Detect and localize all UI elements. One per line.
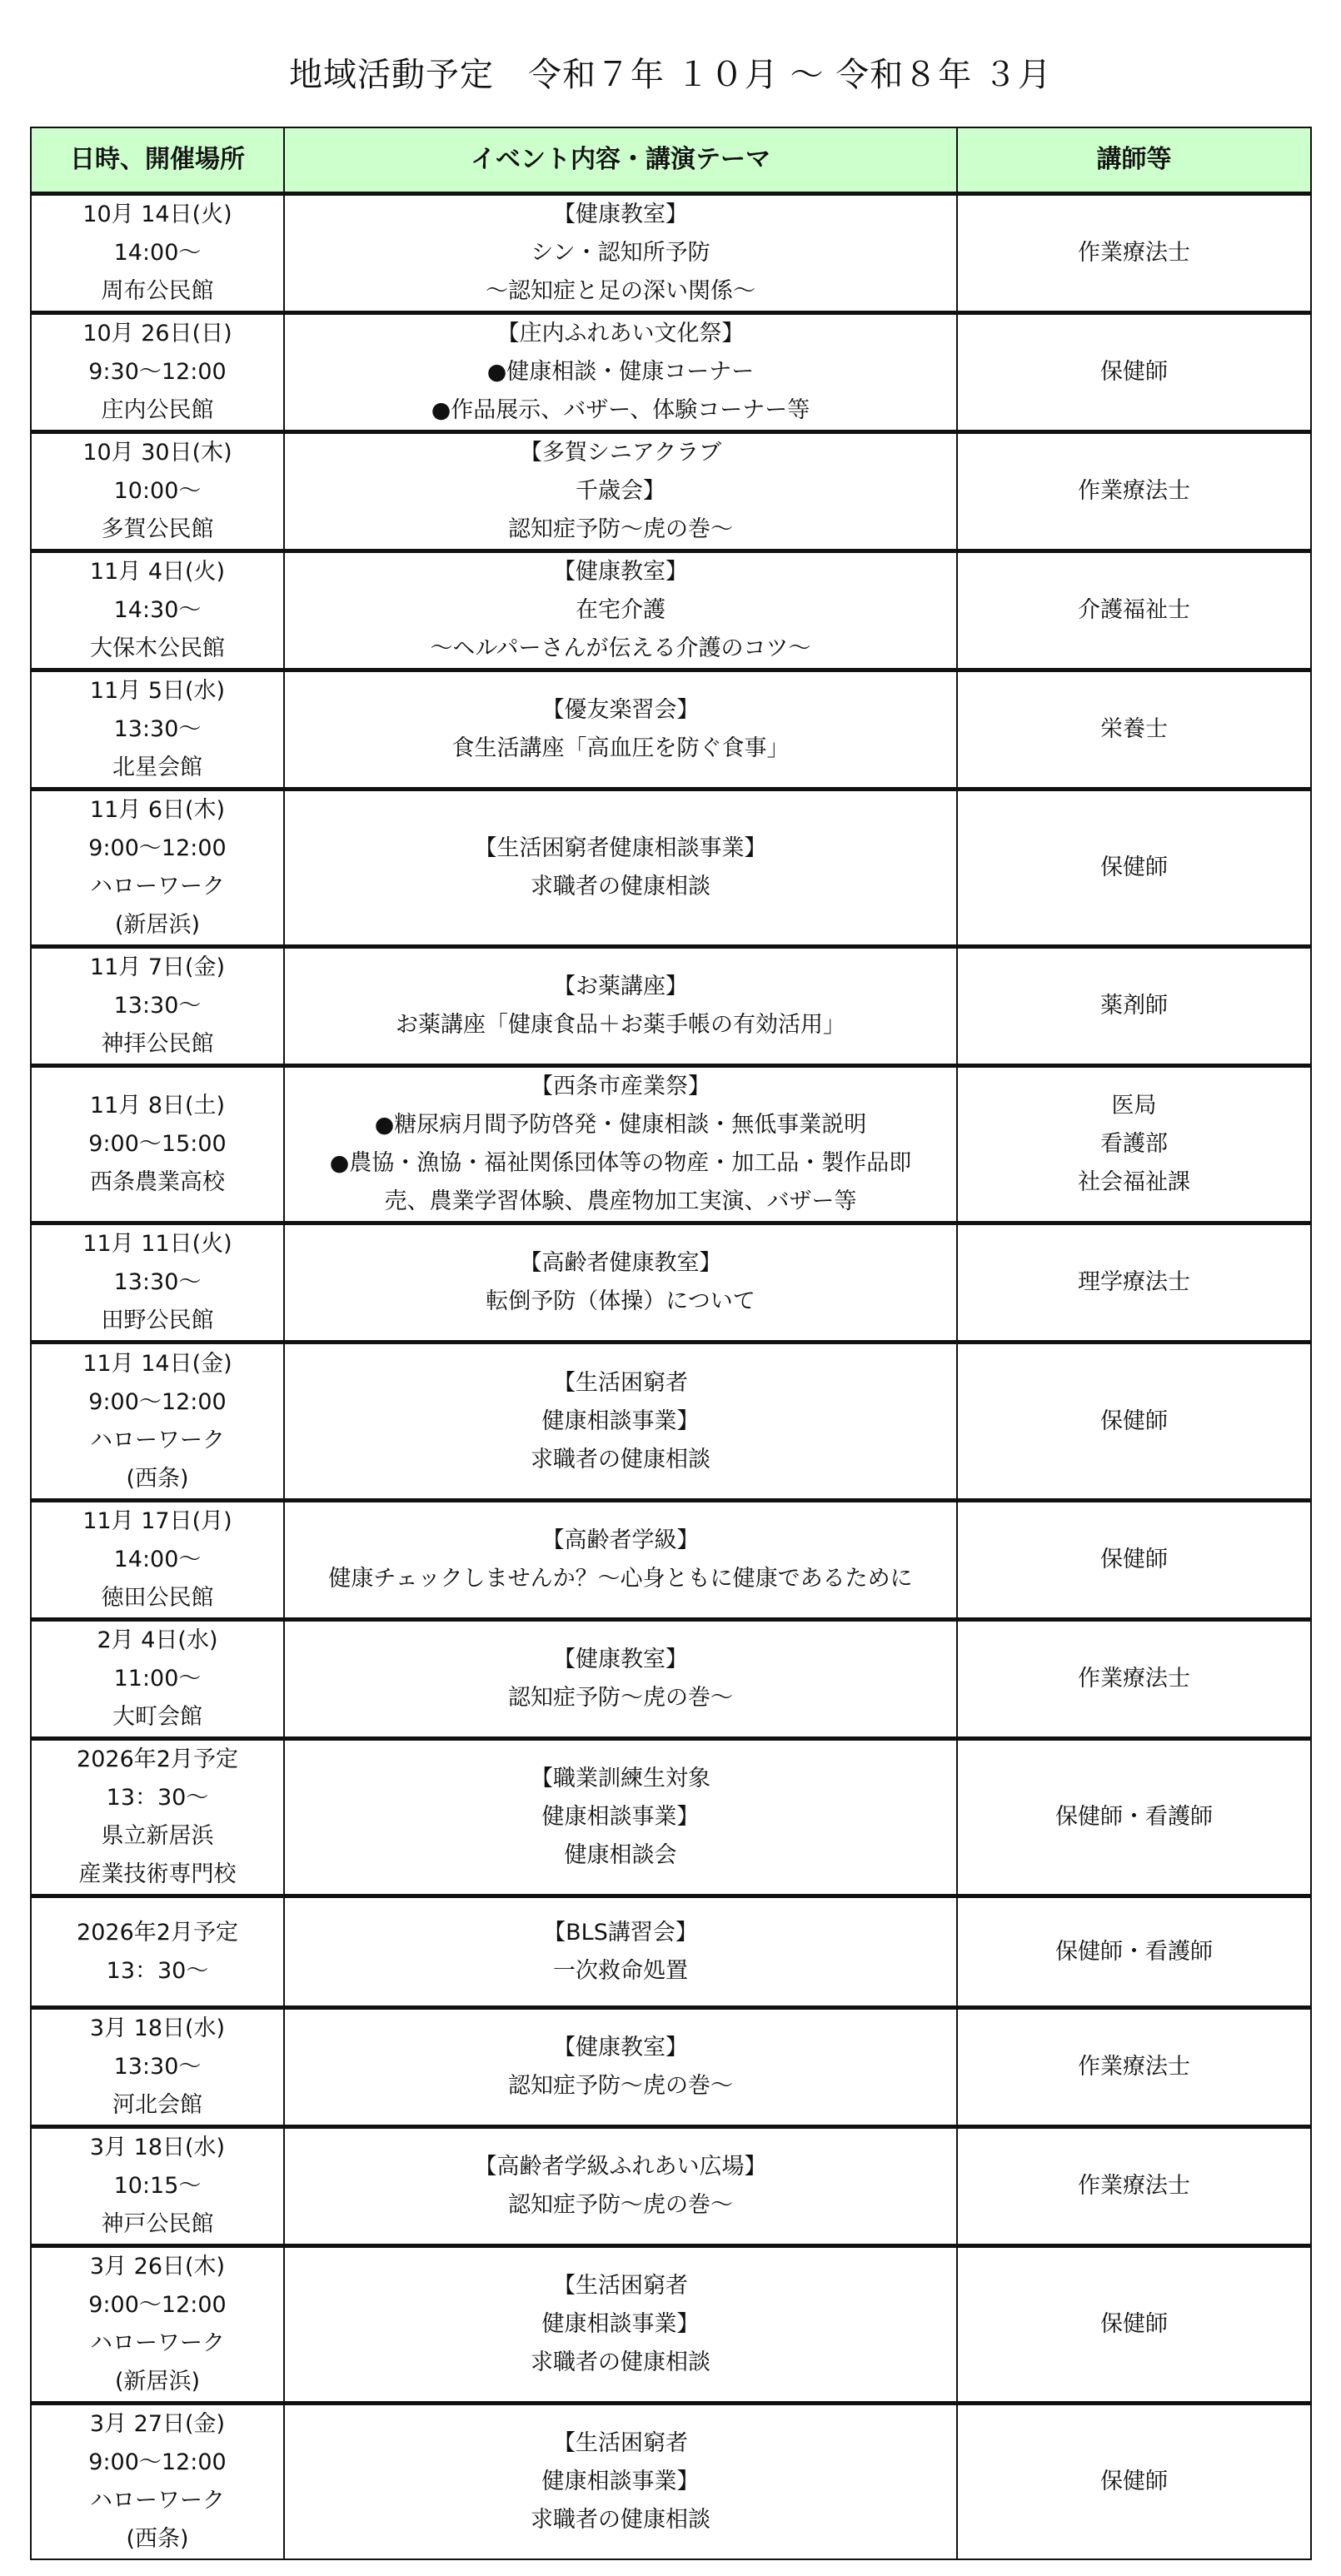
cell-lecturer-line: 保健師	[958, 849, 1310, 887]
cell-datetime-venue-line: 神拝公民館	[32, 1025, 283, 1064]
cell-datetime-venue: 3月 27日(金)9:00～12:00ハローワーク(西条)	[31, 2404, 284, 2560]
cell-lecturer-line: 社会福祉課	[958, 1163, 1310, 1202]
table-row: 3月 18日(水)10:15～神戸公民館【高齢者学級ふれあい広場】認知症予防～虎…	[31, 2127, 1311, 2246]
cell-event-theme-line: 千歳会】	[285, 472, 956, 511]
cell-event-theme-line: 認知症予防～虎の巻～	[285, 2186, 956, 2225]
cell-event-theme-line: 【生活困窮者	[285, 2267, 956, 2305]
cell-datetime-venue-line: 産業技術専門校	[32, 1856, 283, 1894]
cell-datetime-venue-line: (新居浜)	[32, 2363, 283, 2401]
cell-event-theme-line: 食生活講座「高血圧を防ぐ食事」	[285, 730, 956, 768]
cell-datetime-venue-line: 10:00～	[32, 472, 283, 511]
cell-datetime-venue-line: 14:00～	[32, 1541, 283, 1579]
cell-datetime-venue-line: 9:00～12:00	[32, 2286, 283, 2324]
cell-event-theme-line: 【健康教室】	[285, 2029, 956, 2067]
cell-event-theme: 【生活困窮者健康相談事業】求職者の健康相談	[284, 2246, 957, 2404]
cell-datetime-venue-line: 11月 7日(金)	[32, 949, 283, 987]
cell-event-theme: 【健康教室】認知症予防～虎の巻～	[284, 2008, 957, 2127]
cell-datetime-venue: 11月 8日(土)9:00～15:00西条農業高校	[31, 1066, 284, 1223]
cell-datetime-venue-line: 多賀公民館	[32, 511, 283, 549]
cell-lecturer-line: 作業療法士	[958, 472, 1310, 511]
cell-event-theme-line: 【西条市産業祭】	[285, 1068, 956, 1106]
cell-lecturer: 保健師	[957, 790, 1311, 947]
column-header-event-theme: イベント内容・講演テーマ	[284, 127, 957, 194]
cell-lecturer: 作業療法士	[957, 194, 1311, 313]
cell-datetime-venue: 11月 5日(水)13:30～北星会館	[31, 670, 284, 790]
cell-datetime-venue-line: 大保木公民館	[32, 630, 283, 668]
cell-datetime-venue-line: 3月 26日(木)	[32, 2248, 283, 2286]
cell-datetime-venue-line: 11月 14日(金)	[32, 1345, 283, 1383]
cell-event-theme: 【多賀シニアクラブ千歳会】認知症予防～虎の巻～	[284, 432, 957, 551]
cell-datetime-venue: 11月 11日(火)13:30～田野公民館	[31, 1223, 284, 1343]
cell-lecturer-line: 保健師	[958, 2463, 1310, 2501]
cell-datetime-venue-line: 西条農業高校	[32, 1163, 283, 1202]
cell-datetime-venue-line: 13:30～	[32, 2048, 283, 2086]
table-row: 11月 7日(金)13:30～神拝公民館【お薬講座】お薬講座「健康食品＋お薬手帳…	[31, 947, 1311, 1066]
cell-datetime-venue-line: 9:00～12:00	[32, 1383, 283, 1422]
cell-lecturer: 保健師	[957, 1343, 1311, 1501]
cell-lecturer-line: 保健師・看護師	[958, 1933, 1310, 1971]
cell-datetime-venue: 3月 18日(水)10:15～神戸公民館	[31, 2127, 284, 2246]
cell-lecturer-line: 保健師	[958, 353, 1310, 391]
table-row: 3月 26日(木)9:00～12:00ハローワーク(新居浜)【生活困窮者健康相談…	[31, 2246, 1311, 2404]
table-row: 2026年2月予定13：30～県立新居浜産業技術専門校【職業訓練生対象健康相談事…	[31, 1739, 1311, 1896]
cell-lecturer-line: 作業療法士	[958, 2167, 1310, 2205]
cell-event-theme-line: 求職者の健康相談	[285, 2344, 956, 2382]
cell-datetime-venue-line: 13：30～	[32, 1952, 283, 1991]
cell-datetime-venue-line: ハローワーク	[32, 2324, 283, 2363]
cell-event-theme-line: 求職者の健康相談	[285, 1441, 956, 1479]
cell-lecturer-line: 薬剤師	[958, 987, 1310, 1025]
column-header-datetime-venue: 日時、開催場所	[31, 127, 284, 194]
cell-lecturer-line: 保健師	[958, 1541, 1310, 1579]
cell-event-theme-line: 転倒予防（体操）について	[285, 1283, 956, 1321]
cell-datetime-venue: 11月 4日(火)14:30～大保木公民館	[31, 551, 284, 670]
cell-event-theme-line: 【生活困窮者	[285, 2424, 956, 2463]
cell-datetime-venue-line: 10月 14日(火)	[32, 196, 283, 234]
cell-event-theme-line: 認知症予防～虎の巻～	[285, 2067, 956, 2105]
cell-datetime-venue-line: 9:30～12:00	[32, 353, 283, 391]
table-row: 11月 17日(月)14:00～徳田公民館【高齢者学級】健康チェックしませんか？…	[31, 1501, 1311, 1620]
cell-datetime-venue-line: 河北会館	[32, 2086, 283, 2125]
table-row: 2月 4日(水)11:00～大町会館【健康教室】認知症予防～虎の巻～作業療法士	[31, 1620, 1311, 1739]
cell-event-theme-line: 在宅介護	[285, 591, 956, 630]
cell-event-theme: 【お薬講座】お薬講座「健康食品＋お薬手帳の有効活用」	[284, 947, 957, 1066]
cell-event-theme-line: 【庄内ふれあい文化祭】	[285, 315, 956, 353]
cell-event-theme-line: ～認知症と足の深い関係～	[285, 272, 956, 311]
cell-event-theme: 【高齢者学級ふれあい広場】認知症予防～虎の巻～	[284, 2127, 957, 2246]
cell-datetime-venue: 3月 18日(水)13:30～河北会館	[31, 2008, 284, 2127]
cell-lecturer: 保健師・看護師	[957, 1739, 1311, 1896]
cell-datetime-venue-line: 11月 8日(土)	[32, 1087, 283, 1125]
cell-event-theme: 【優友楽習会】食生活講座「高血圧を防ぐ食事」	[284, 670, 957, 790]
cell-datetime-venue-line: 14:30～	[32, 591, 283, 630]
cell-event-theme-line: 【高齢者学級】	[285, 1522, 956, 1560]
cell-event-theme-line: 【優友楽習会】	[285, 691, 956, 730]
cell-datetime-venue-line: 田野公民館	[32, 1302, 283, 1340]
cell-datetime-venue-line: 13：30～	[32, 1779, 283, 1817]
cell-datetime-venue-line: ハローワーク	[32, 1422, 283, 1460]
cell-datetime-venue-line: 11月 17日(月)	[32, 1502, 283, 1541]
table-row: 11月 11日(火)13:30～田野公民館【高齢者健康教室】転倒予防（体操）につ…	[31, 1223, 1311, 1343]
cell-event-theme-line: お薬講座「健康食品＋お薬手帳の有効活用」	[285, 1006, 956, 1044]
cell-event-theme: 【職業訓練生対象健康相談事業】健康相談会	[284, 1739, 957, 1896]
cell-datetime-venue: 11月 14日(金)9:00～12:00ハローワーク(西条)	[31, 1343, 284, 1501]
table-row: 10月 26日(日)9:30～12:00庄内公民館【庄内ふれあい文化祭】●健康相…	[31, 313, 1311, 432]
cell-datetime-venue-line: 神戸公民館	[32, 2205, 283, 2244]
cell-lecturer: 医局看護部社会福祉課	[957, 1066, 1311, 1223]
cell-lecturer-line: 介護福祉士	[958, 591, 1310, 630]
cell-lecturer-line: 医局	[958, 1087, 1310, 1125]
cell-lecturer-line: 理学療法士	[958, 1263, 1310, 1302]
cell-datetime-venue-line: 3月 18日(水)	[32, 2010, 283, 2048]
cell-datetime-venue-line: 10月 30日(木)	[32, 434, 283, 472]
cell-event-theme-line: 健康相談会	[285, 1836, 956, 1875]
cell-event-theme-line: 【多賀シニアクラブ	[285, 434, 956, 472]
cell-datetime-venue: 3月 26日(木)9:00～12:00ハローワーク(新居浜)	[31, 2246, 284, 2404]
cell-event-theme: 【庄内ふれあい文化祭】●健康相談・健康コーナー●作品展示、バザー、体験コーナー等	[284, 313, 957, 432]
cell-datetime-venue-line: 2026年2月予定	[32, 1914, 283, 1952]
cell-lecturer: 保健師	[957, 1501, 1311, 1620]
cell-datetime-venue-line: 徳田公民館	[32, 1579, 283, 1617]
table-header-row: 日時、開催場所 イベント内容・講演テーマ 講師等	[31, 127, 1311, 194]
cell-datetime-venue: 2026年2月予定13：30～	[31, 1896, 284, 2008]
cell-event-theme: 【生活困窮者健康相談事業】求職者の健康相談	[284, 790, 957, 947]
cell-event-theme-line: 健康チェックしませんか？～心身ともに健康であるために	[285, 1560, 956, 1598]
cell-event-theme: 【BLS講習会】一次救命処置	[284, 1896, 957, 2008]
table-row: 10月 30日(木)10:00～多賀公民館【多賀シニアクラブ千歳会】認知症予防～…	[31, 432, 1311, 551]
cell-datetime-venue-line: 14:00～	[32, 234, 283, 272]
cell-event-theme-line: ●糖尿病月間予防啓発・健康相談・無低事業説明	[285, 1106, 956, 1144]
cell-datetime-venue: 11月 6日(木)9:00～12:00ハローワーク(新居浜)	[31, 790, 284, 947]
cell-event-theme-line: 【BLS講習会】	[285, 1914, 956, 1952]
cell-datetime-venue-line: 庄内公民館	[32, 391, 283, 430]
cell-event-theme-line: 認知症予防～虎の巻～	[285, 511, 956, 549]
cell-datetime-venue-line: 9:00～12:00	[32, 830, 283, 868]
cell-lecturer-line: 栄養士	[958, 710, 1310, 749]
cell-lecturer: 作業療法士	[957, 2127, 1311, 2246]
cell-datetime-venue-line: 3月 27日(金)	[32, 2405, 283, 2444]
cell-lecturer: 保健師	[957, 313, 1311, 432]
cell-event-theme: 【高齢者健康教室】転倒予防（体操）について	[284, 1223, 957, 1343]
cell-datetime-venue: 10月 14日(火)14:00～周布公民館	[31, 194, 284, 313]
cell-datetime-venue-line: 13:30～	[32, 710, 283, 749]
table-body: 10月 14日(火)14:00～周布公民館【健康教室】シン・認知所予防～認知症と…	[31, 194, 1311, 2560]
cell-lecturer-line: 保健師・看護師	[958, 1798, 1310, 1836]
cell-event-theme: 【西条市産業祭】●糖尿病月間予防啓発・健康相談・無低事業説明●農協・漁協・福祉関…	[284, 1066, 957, 1223]
cell-datetime-venue-line: 9:00～15:00	[32, 1125, 283, 1163]
table-row: 11月 5日(水)13:30～北星会館【優友楽習会】食生活講座「高血圧を防ぐ食事…	[31, 670, 1311, 790]
cell-datetime-venue-line: 10月 26日(日)	[32, 315, 283, 353]
cell-datetime-venue-line: ハローワーク	[32, 868, 283, 906]
cell-lecturer: 介護福祉士	[957, 551, 1311, 670]
cell-event-theme-line: 求職者の健康相談	[285, 2501, 956, 2539]
cell-datetime-venue-line: 県立新居浜	[32, 1817, 283, 1856]
cell-datetime-venue: 2026年2月予定13：30～県立新居浜産業技術専門校	[31, 1739, 284, 1896]
cell-event-theme-line: ●農協・漁協・福祉関係団体等の物産・加工品・製作品即	[285, 1144, 956, 1183]
cell-event-theme-line: ●作品展示、バザー、体験コーナー等	[285, 391, 956, 430]
cell-event-theme-line: 【生活困窮者健康相談事業】	[285, 830, 956, 868]
cell-datetime-venue-line: 10:15～	[32, 2167, 283, 2205]
cell-datetime-venue-line: 11月 5日(水)	[32, 672, 283, 710]
cell-lecturer-line: 保健師	[958, 1403, 1310, 1441]
cell-event-theme: 【健康教室】認知症予防～虎の巻～	[284, 1620, 957, 1739]
cell-datetime-venue: 10月 30日(木)10:00～多賀公民館	[31, 432, 284, 551]
table-row: 3月 27日(金)9:00～12:00ハローワーク(西条)【生活困窮者健康相談事…	[31, 2404, 1311, 2560]
cell-event-theme-line: ●健康相談・健康コーナー	[285, 353, 956, 391]
cell-event-theme-line: 【高齢者健康教室】	[285, 1244, 956, 1283]
cell-lecturer: 理学療法士	[957, 1223, 1311, 1343]
cell-datetime-venue-line: 11月 4日(火)	[32, 553, 283, 591]
table-row: 11月 6日(木)9:00～12:00ハローワーク(新居浜)【生活困窮者健康相談…	[31, 790, 1311, 947]
table-row: 11月 8日(土)9:00～15:00西条農業高校【西条市産業祭】●糖尿病月間予…	[31, 1066, 1311, 1223]
cell-event-theme-line: 健康相談事業】	[285, 1798, 956, 1836]
cell-event-theme-line: 【お薬講座】	[285, 968, 956, 1006]
cell-datetime-venue: 2月 4日(水)11:00～大町会館	[31, 1620, 284, 1739]
cell-event-theme-line: 求職者の健康相談	[285, 868, 956, 906]
cell-lecturer-line: 作業療法士	[958, 1660, 1310, 1698]
cell-datetime-venue-line: 2月 4日(水)	[32, 1622, 283, 1660]
cell-event-theme: 【健康教室】在宅介護～ヘルパーさんが伝える介護のコツ～	[284, 551, 957, 670]
table-row: 10月 14日(火)14:00～周布公民館【健康教室】シン・認知所予防～認知症と…	[31, 194, 1311, 313]
cell-datetime-venue-line: ハローワーク	[32, 2482, 283, 2520]
cell-datetime-venue-line: (新居浜)	[32, 906, 283, 944]
cell-lecturer: 栄養士	[957, 670, 1311, 790]
cell-lecturer: 作業療法士	[957, 2008, 1311, 2127]
table-row: 11月 14日(金)9:00～12:00ハローワーク(西条)【生活困窮者健康相談…	[31, 1343, 1311, 1501]
cell-event-theme-line: 【健康教室】	[285, 196, 956, 234]
cell-event-theme: 【生活困窮者健康相談事業】求職者の健康相談	[284, 2404, 957, 2560]
column-header-lecturer: 講師等	[957, 127, 1311, 194]
cell-event-theme: 【健康教室】シン・認知所予防～認知症と足の深い関係～	[284, 194, 957, 313]
cell-datetime-venue: 11月 7日(金)13:30～神拝公民館	[31, 947, 284, 1066]
cell-event-theme-line: 【職業訓練生対象	[285, 1760, 956, 1798]
cell-event-theme-line: 健康相談事業】	[285, 2463, 956, 2501]
cell-event-theme-line: 健康相談事業】	[285, 2305, 956, 2344]
cell-datetime-venue: 10月 26日(日)9:30～12:00庄内公民館	[31, 313, 284, 432]
cell-datetime-venue-line: 2026年2月予定	[32, 1741, 283, 1779]
cell-event-theme-line: 健康相談事業】	[285, 1403, 956, 1441]
cell-lecturer: 保健師	[957, 2404, 1311, 2560]
cell-event-theme-line: 【高齢者学級ふれあい広場】	[285, 2148, 956, 2186]
cell-datetime-venue-line: 13:30～	[32, 987, 283, 1025]
cell-event-theme-line: 【健康教室】	[285, 1641, 956, 1679]
cell-datetime-venue-line: 13:30～	[32, 1263, 283, 1302]
cell-lecturer-line: 看護部	[958, 1125, 1310, 1163]
cell-event-theme-line: ～ヘルパーさんが伝える介護のコツ～	[285, 630, 956, 668]
cell-datetime-venue-line: 11月 6日(木)	[32, 791, 283, 830]
cell-lecturer-line: 作業療法士	[958, 2048, 1310, 2086]
cell-lecturer: 保健師	[957, 2246, 1311, 2404]
cell-datetime-venue-line: 11:00～	[32, 1660, 283, 1698]
cell-event-theme-line: 【健康教室】	[285, 553, 956, 591]
page-title: 地域活動予定 令和７年 １０月 ～ 令和８年 ３月	[0, 52, 1341, 98]
cell-datetime-venue: 11月 17日(月)14:00～徳田公民館	[31, 1501, 284, 1620]
cell-event-theme-line: シン・認知所予防	[285, 234, 956, 272]
cell-lecturer: 作業療法士	[957, 432, 1311, 551]
cell-datetime-venue-line: (西条)	[32, 1460, 283, 1498]
cell-datetime-venue-line: 9:00～12:00	[32, 2444, 283, 2482]
cell-event-theme-line: 一次救命処置	[285, 1952, 956, 1991]
cell-event-theme: 【高齢者学級】健康チェックしませんか？～心身ともに健康であるために	[284, 1501, 957, 1620]
cell-datetime-venue-line: 北星会館	[32, 749, 283, 787]
table-row: 3月 18日(水)13:30～河北会館【健康教室】認知症予防～虎の巻～作業療法士	[31, 2008, 1311, 2127]
cell-datetime-venue-line: 3月 18日(水)	[32, 2129, 283, 2167]
cell-datetime-venue-line: 11月 11日(火)	[32, 1225, 283, 1263]
cell-event-theme: 【生活困窮者健康相談事業】求職者の健康相談	[284, 1343, 957, 1501]
cell-event-theme-line: 認知症予防～虎の巻～	[285, 1679, 956, 1717]
table-row: 2026年2月予定13：30～【BLS講習会】一次救命処置保健師・看護師	[31, 1896, 1311, 2008]
cell-lecturer-line: 作業療法士	[958, 234, 1310, 272]
schedule-table: 日時、開催場所 イベント内容・講演テーマ 講師等 10月 14日(火)14:00…	[30, 127, 1312, 2560]
cell-event-theme-line: 【生活困窮者	[285, 1364, 956, 1403]
cell-datetime-venue-line: 周布公民館	[32, 272, 283, 311]
cell-datetime-venue-line: 大町会館	[32, 1698, 283, 1736]
cell-lecturer: 薬剤師	[957, 947, 1311, 1066]
cell-datetime-venue-line: (西条)	[32, 2520, 283, 2559]
cell-event-theme-line: 売、農業学習体験、農産物加工実演、バザー等	[285, 1183, 956, 1221]
cell-lecturer: 保健師・看護師	[957, 1896, 1311, 2008]
table-row: 11月 4日(火)14:30～大保木公民館【健康教室】在宅介護～ヘルパーさんが伝…	[31, 551, 1311, 670]
cell-lecturer-line: 保健師	[958, 2305, 1310, 2344]
cell-lecturer: 作業療法士	[957, 1620, 1311, 1739]
